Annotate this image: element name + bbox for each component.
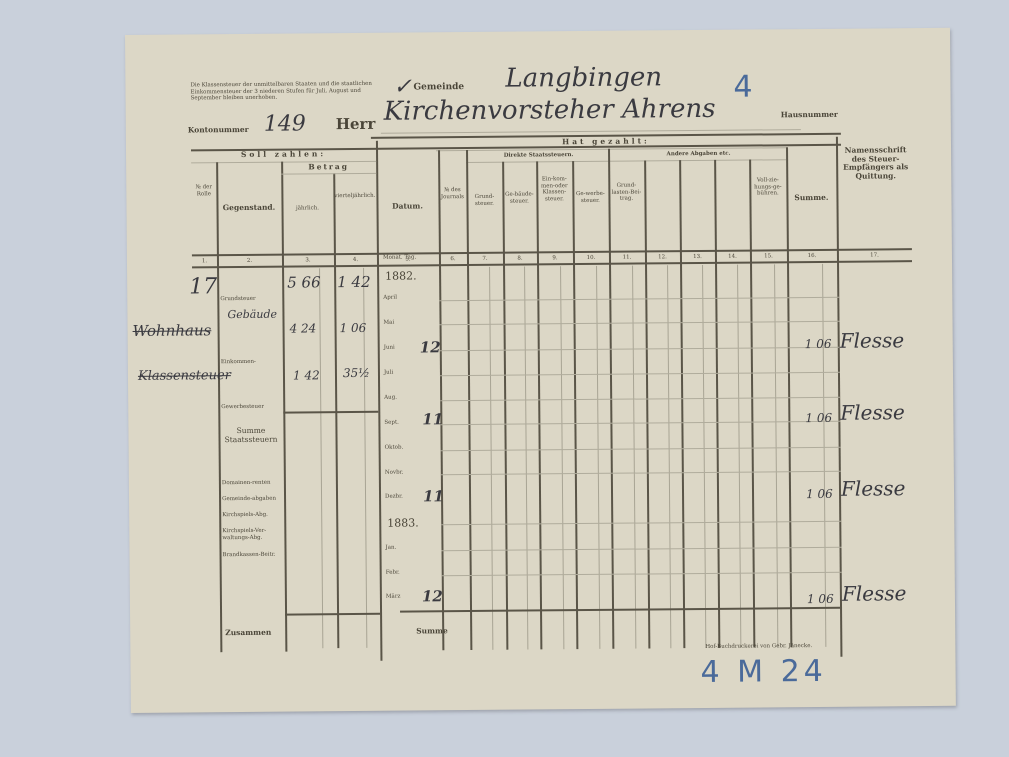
signature: Flesse — [841, 476, 906, 501]
kontonummer-value: 149 — [264, 111, 306, 136]
month-label: Juni — [384, 345, 395, 352]
col-number: 8. — [503, 255, 537, 262]
other-levy: Gemeinde-abgaben — [222, 496, 276, 503]
col-number: 3. — [282, 257, 334, 264]
col-5-header: Datum. — [376, 202, 438, 211]
col-number: 15. — [750, 253, 787, 260]
col-3-header: jährlich. — [281, 205, 333, 212]
betrag-heading: Betrag — [281, 163, 376, 172]
payment-day: 11 — [423, 487, 444, 505]
gebaeude-handwritten: Gebäude — [227, 308, 277, 321]
andere-abgaben-heading: Andere Abgaben etc. — [611, 150, 786, 158]
herr-value: Kirchenvorsteher Ahrens — [384, 94, 716, 127]
rolle-number: 17 — [189, 274, 217, 299]
grundsteuer-annual: 5 66 — [287, 273, 321, 291]
col-number: 14. — [715, 254, 750, 261]
month-label: Mai — [383, 320, 394, 327]
gebaeude-struck: Wohnhaus — [133, 321, 212, 340]
direkte-staatssteuern-heading: Direkte Staatssteuern. — [466, 152, 611, 160]
grundsteuer-quarter: 1 42 — [337, 273, 371, 291]
col-17-header: Namensschrift des Steuer-Empfängers als … — [838, 146, 913, 181]
month-label: Jan. — [385, 545, 396, 552]
col-number: 2. — [217, 258, 282, 265]
month-label: März — [386, 594, 400, 601]
soll-zahlen-heading: Soll zahlen: — [191, 150, 376, 160]
col-number: 12. — [645, 254, 680, 261]
year-1882: 1882. — [385, 272, 417, 281]
tax-receipt-form: Die Klassensteuer der unmittelbaren Staa… — [125, 28, 956, 713]
gemeinde-value: Langbingen — [505, 62, 662, 93]
grundsteuer-label: Grundsteuer — [220, 296, 255, 303]
gebaeude-quarter: 1 06 — [340, 321, 367, 335]
col-number: 5. — [377, 256, 439, 263]
payment-sum: 1 06 — [805, 337, 832, 351]
instruction-note: Die Klassensteuer der unmittelbaren Staa… — [190, 81, 390, 102]
month-label: Dezbr. — [385, 494, 403, 501]
payment-sum: 1 06 — [807, 592, 834, 606]
col-number: 16. — [787, 253, 837, 260]
col-4-header: vierteljährlich. — [333, 193, 376, 200]
payment-sum: 1 06 — [806, 487, 833, 501]
herr-label: Herr — [336, 115, 376, 133]
col-number: 13. — [680, 254, 715, 261]
month-label: April — [383, 295, 397, 302]
col-number: 7. — [467, 256, 503, 263]
gewerbe-label: Gewerbesteuer — [221, 404, 264, 411]
col-9-header: Ein-kom-men-oder Klassen-steuer. — [536, 176, 572, 202]
pencil-note: 4 M 24 — [700, 654, 827, 690]
col-number: 10. — [573, 255, 609, 262]
einkommen-label: Einkommen- — [221, 359, 256, 366]
month-label: Aug. — [384, 395, 397, 402]
printer-imprint: Hof-Buchdruckerei von Gebr. Jänecke. — [705, 643, 812, 650]
month-label: Juli — [384, 370, 393, 377]
col-number: 17. — [837, 252, 912, 259]
payment-day: 12 — [420, 338, 441, 356]
col-1-header: № der Rolle — [191, 184, 216, 197]
col-8-header: Ge-bäude-steuer. — [502, 191, 536, 204]
kontonummer-label: Kontonummer — [188, 126, 249, 135]
col-6-header: № des Journals — [438, 187, 466, 200]
signature: Flesse — [840, 400, 905, 425]
col-number: 6. — [439, 256, 467, 263]
einkommen-handwritten: Klassensteuer — [138, 368, 231, 384]
gemeinde-label: Gemeinde — [413, 82, 464, 92]
payment-day: 12 — [422, 587, 443, 605]
gebaeude-annual: 4 24 — [290, 321, 317, 335]
payment-sum: 1 06 — [805, 411, 832, 425]
corner-mark: 4 — [733, 70, 752, 105]
col-number: 1. — [192, 258, 217, 265]
month-label: Novbr. — [385, 470, 404, 477]
signature: Flesse — [842, 581, 907, 606]
other-levy: Kirchspiels-Abg. — [222, 512, 268, 519]
col-2-header: Gegenstand. — [216, 204, 281, 213]
summe-label: Summe — [416, 627, 448, 636]
month-label: Febr. — [386, 570, 400, 577]
other-levy: Domainen-renten — [222, 480, 271, 487]
other-levy: Brandkassen-Beitr. — [223, 552, 276, 559]
month-label: Oktob. — [385, 445, 404, 452]
year-1883: 1883. — [387, 519, 419, 528]
col-number: 9. — [537, 255, 573, 262]
col-7-header: Grund-steuer. — [466, 194, 502, 207]
signature: Flesse — [840, 328, 905, 353]
hausnummer-label: Hausnummer — [781, 111, 838, 120]
payment-day: 11 — [422, 410, 443, 428]
col-15-header: Voll-zie-hungs-ge-bühren. — [749, 177, 786, 197]
col-number: 11. — [609, 254, 645, 261]
einkommen-quarter: 35½ — [343, 366, 370, 380]
summe-staatssteuern: Summe Staatssteuern — [218, 427, 283, 445]
col-16-header: Summe. — [786, 194, 836, 203]
col-number: 4. — [334, 257, 377, 264]
month-label: Sept. — [384, 420, 399, 427]
einkommen-annual: 1 42 — [293, 368, 320, 382]
zusammen-label: Zusammen — [225, 629, 271, 638]
col-11-header: Grund-lasten-Bei-trag. — [608, 182, 644, 202]
col-10-header: Ge-werbe-steuer. — [572, 191, 608, 204]
other-levy: Kirchspiels-Ver-waltungs-Abg. — [222, 528, 282, 542]
